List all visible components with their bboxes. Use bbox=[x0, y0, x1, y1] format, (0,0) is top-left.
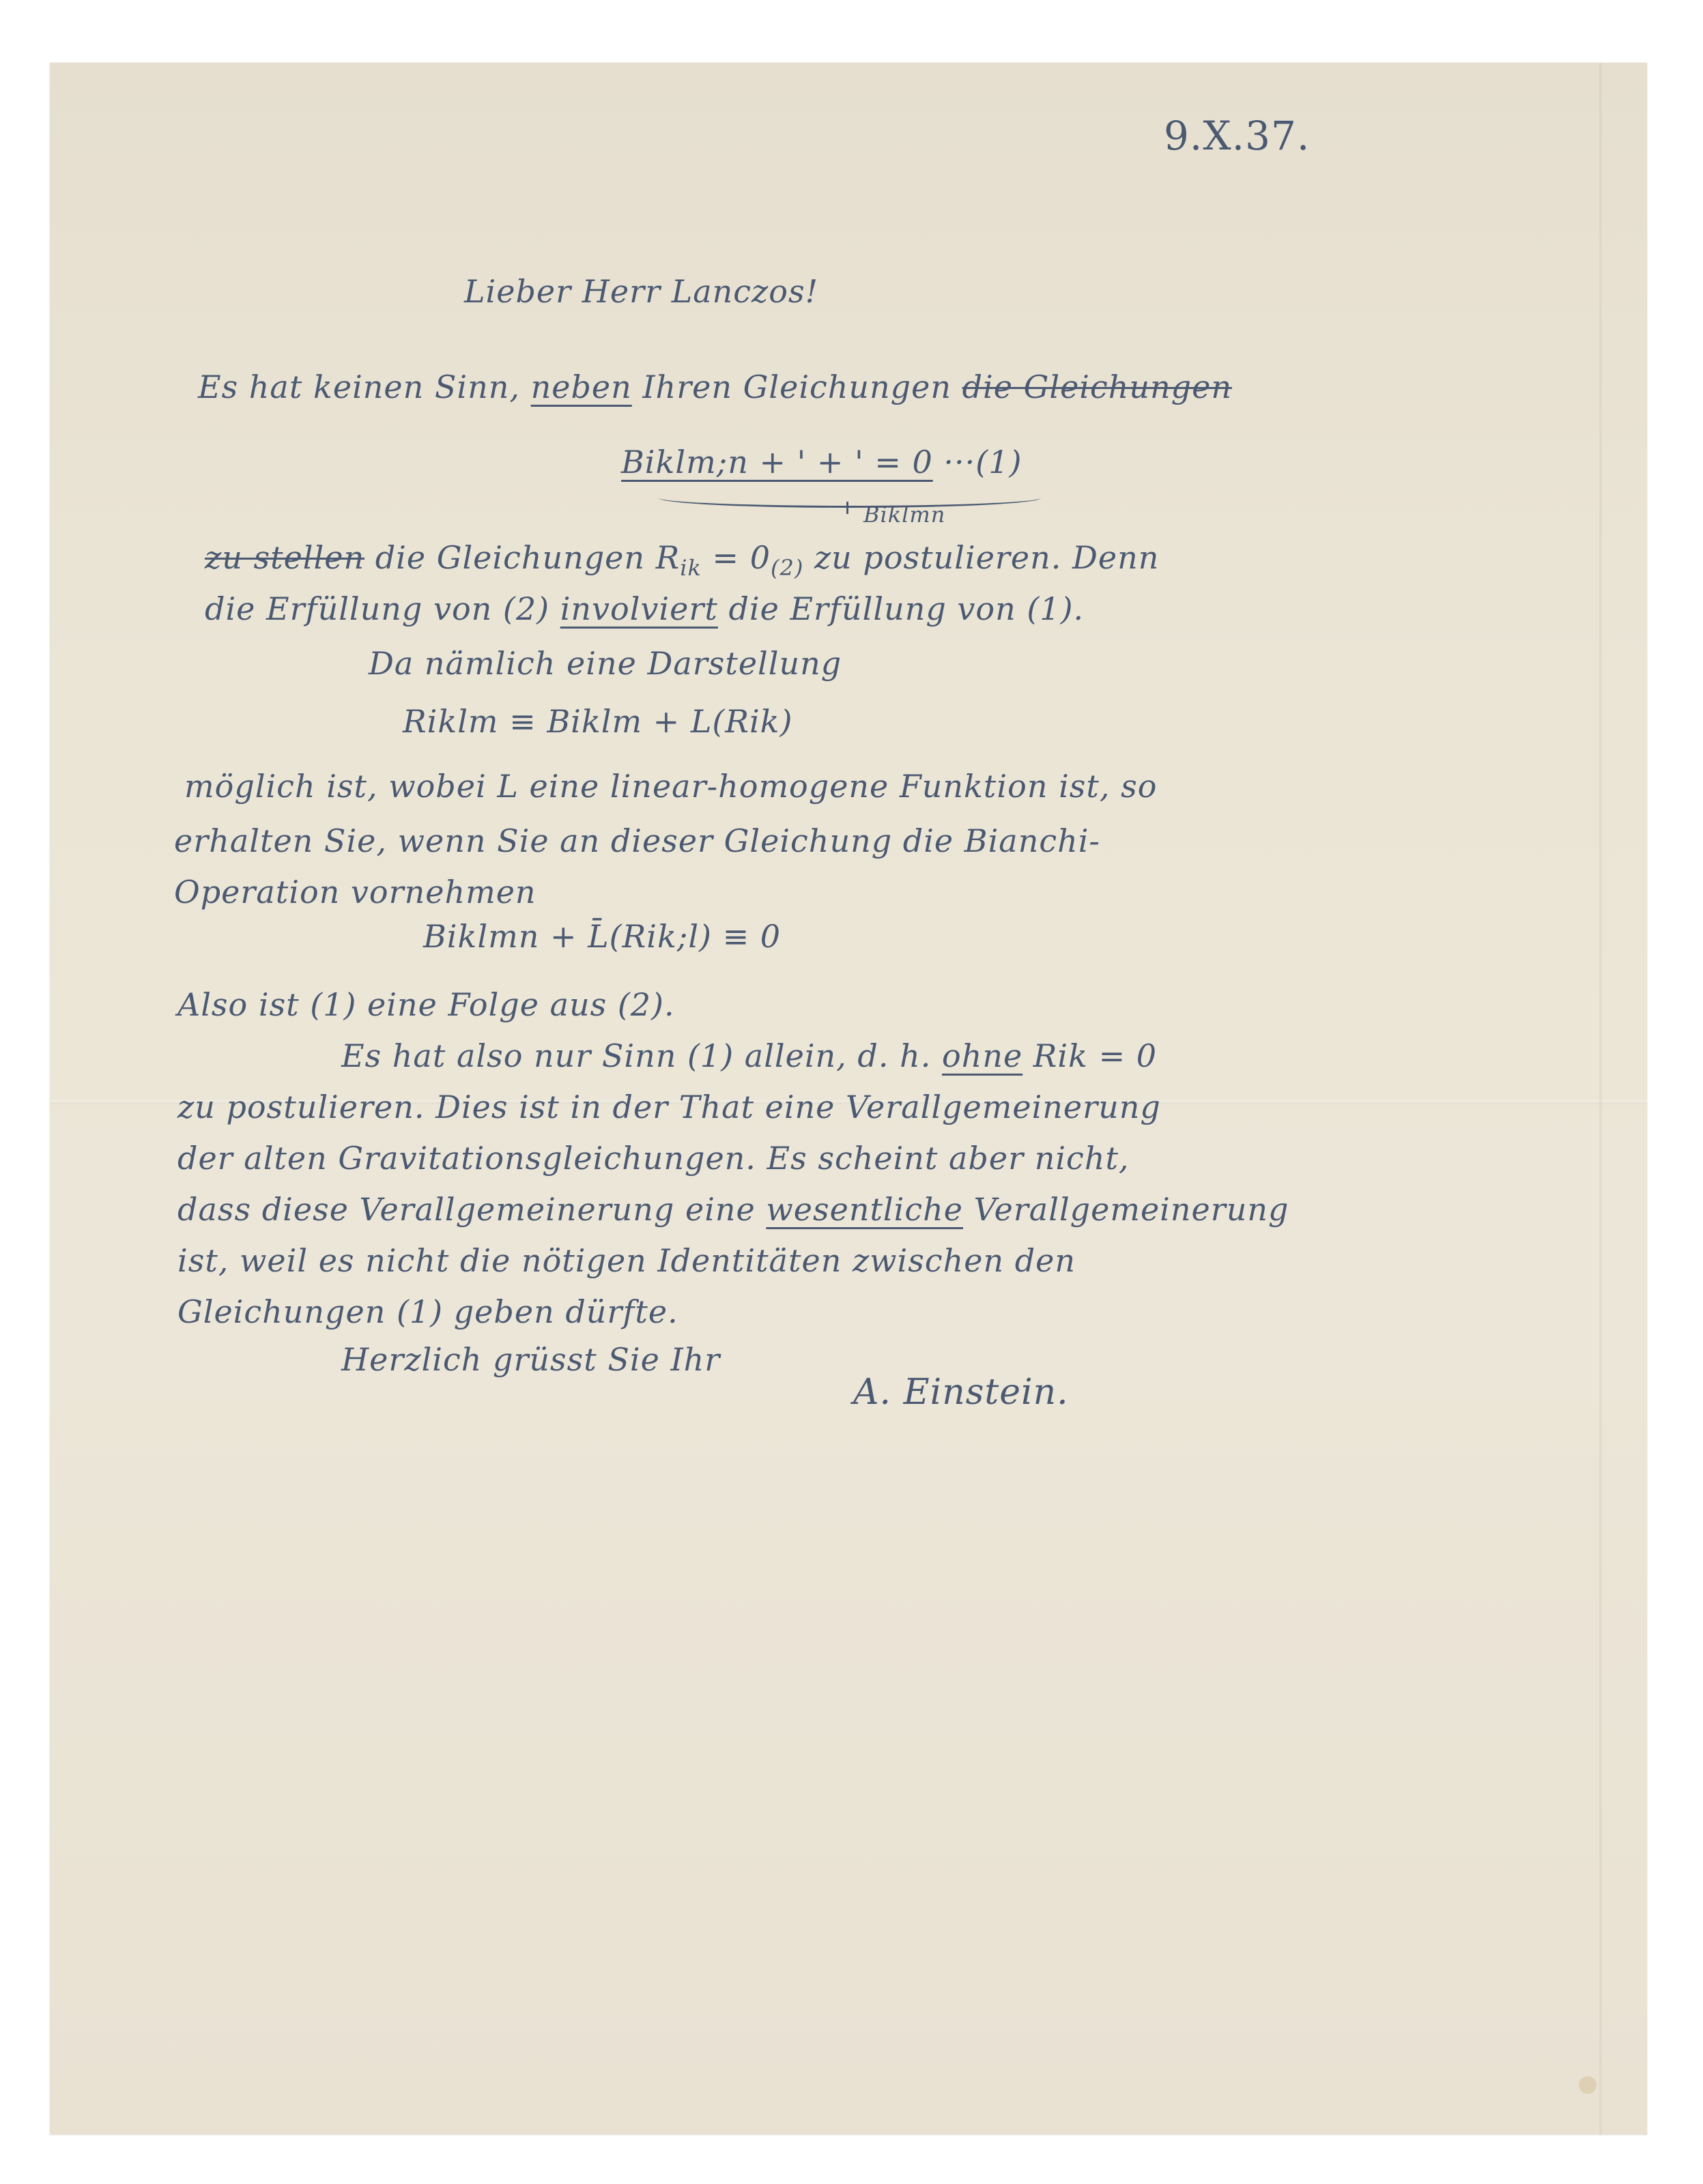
letter-line-9: Es hat also nur Sinn (1) allein, d. h. o… bbox=[341, 1037, 1157, 1074]
letter-line-4: Da nämlich eine Darstellung bbox=[369, 645, 842, 682]
equation-number: (2) bbox=[771, 555, 803, 581]
paper-stain bbox=[1579, 2076, 1597, 2094]
subscript: ik bbox=[680, 555, 702, 581]
salutation: Lieber Herr Lanczos! bbox=[464, 273, 818, 310]
brace-label: Biklmn bbox=[863, 502, 945, 528]
text: Es hat also nur Sinn (1) allein, d. h. bbox=[341, 1037, 931, 1074]
closing: Herzlich grüsst Sie Ihr bbox=[341, 1341, 720, 1378]
text: Verallgemeinerung bbox=[974, 1191, 1289, 1228]
letter-line-12: dass diese Verallgemeinerung eine wesent… bbox=[177, 1191, 1289, 1228]
letter-line-3: die Erfüllung von (2) involviert die Erf… bbox=[205, 590, 1084, 627]
equation-3: Biklmn + L̄(Rik;l) ≡ 0 bbox=[423, 918, 781, 955]
underlined-word: involviert bbox=[560, 590, 718, 627]
letter-line-6: erhalten Sie, wenn Sie an dieser Gleichu… bbox=[174, 822, 1100, 859]
text: Rik = 0 bbox=[1033, 1037, 1157, 1074]
equation-expression: Biklm;n + ' + ' = 0 bbox=[621, 444, 933, 480]
text: die Erfüllung von (2) bbox=[205, 590, 549, 627]
letter-line-11: der alten Gravitationsgleichungen. Es sc… bbox=[177, 1140, 1130, 1177]
equation-2: Riklm ≡ Biklm + L(Rik) bbox=[403, 703, 793, 740]
text: die Erfüllung von (1). bbox=[728, 590, 1084, 627]
text: dass diese Verallgemeinerung eine bbox=[177, 1191, 756, 1228]
letter-line-1: Es hat keinen Sinn, neben Ihren Gleichun… bbox=[198, 369, 1232, 405]
text: = 0 bbox=[713, 539, 771, 576]
equation-1: Biklm;n + ' + ' = 0 ···(1) bbox=[621, 444, 1022, 480]
struck-text: die Gleichungen bbox=[962, 369, 1232, 405]
letter-line-13: ist, weil es nicht die nötigen Identität… bbox=[177, 1242, 1076, 1279]
text: Es hat keinen Sinn, bbox=[198, 369, 520, 405]
underlined-word: ohne bbox=[942, 1037, 1022, 1074]
letter-line-8: Also ist (1) eine Folge aus (2). bbox=[177, 986, 675, 1023]
brace-tip bbox=[846, 502, 848, 514]
underlined-word: neben bbox=[531, 369, 632, 405]
brace-underline bbox=[659, 488, 1041, 508]
text: zu postulieren. Denn bbox=[814, 539, 1159, 576]
letter-line-14: Gleichungen (1) geben dürfte. bbox=[177, 1293, 678, 1330]
letter-line-2: zu stellen die Gleichungen Rik = 0(2) zu… bbox=[205, 539, 1159, 581]
letter-line-10: zu postulieren. Dies ist in der That ein… bbox=[177, 1089, 1161, 1125]
signature: A. Einstein. bbox=[853, 1372, 1069, 1413]
paper-fold-vertical bbox=[1599, 63, 1602, 2135]
text: Ihren Gleichungen bbox=[642, 369, 951, 405]
letter-date: 9.X.37. bbox=[1164, 113, 1310, 159]
equation-label: ···(1) bbox=[943, 444, 1022, 480]
struck-text: zu stellen bbox=[205, 539, 364, 576]
letter-line-5: möglich ist, wobei L eine linear-homogen… bbox=[184, 768, 1157, 805]
text: die Gleichungen R bbox=[375, 539, 681, 576]
letter-line-7: Operation vornehmen bbox=[174, 874, 536, 910]
underlined-word: wesentliche bbox=[766, 1191, 963, 1228]
